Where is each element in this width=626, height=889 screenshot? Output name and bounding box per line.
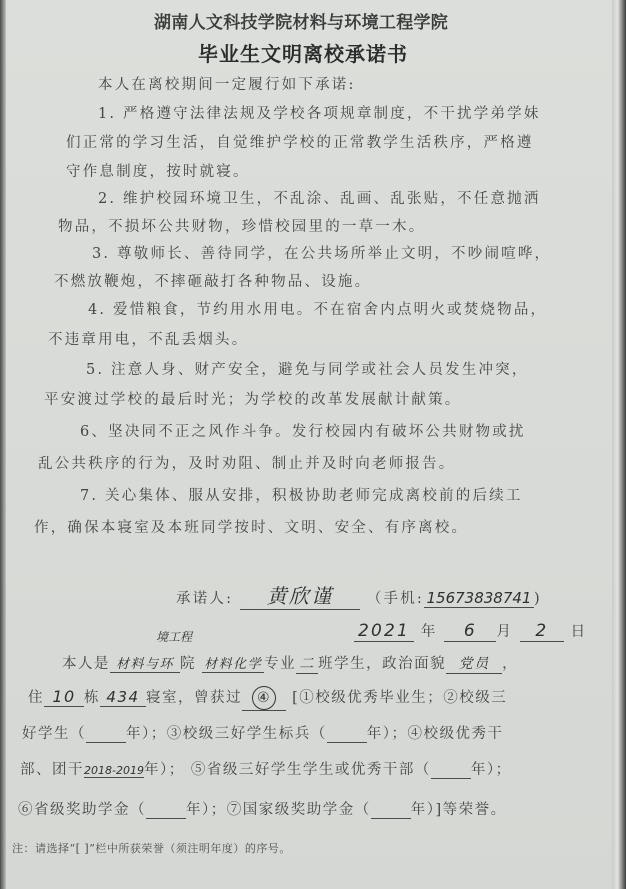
pledge-1-line-2: 们正常的学习生活，自觉维护学校的正常教学生活秩序，严格遵 <box>66 131 534 152</box>
text-dong: 栋 <box>84 690 100 706</box>
honors-line-5: ⑥省级奖助学金（ 年）；⑦国家级奖助学金（ 年）]等荣誉。 <box>18 798 507 819</box>
honor-2-year-field[interactable] <box>86 726 126 743</box>
text-political: 班学生，政治面貌 <box>318 656 446 672</box>
honor-5-year-field[interactable] <box>431 762 471 779</box>
honor-6-text: ⑥省级奖助学金（ <box>18 802 146 818</box>
honor-3-year-field[interactable] <box>327 726 367 743</box>
honor-options-start: [①校级优秀毕业生；②校级三 <box>292 690 507 706</box>
college-field[interactable]: 材料与环 <box>110 653 180 673</box>
pledge-6-line-2: 乱公共秩序的行为，及时劝阻、制止并及时向老师报告。 <box>38 452 456 473</box>
honor-4-text: 年）；④校级优秀干 <box>367 726 504 742</box>
text-yuan: 院 <box>180 656 196 672</box>
honor-5-close: 年）； <box>471 762 512 778</box>
text-ceng-huo-guo: 寝室，曾获过 <box>146 690 242 706</box>
pledge-5-line-2: 平安渡过学校的最后时光；为学校的改革发展献计献策。 <box>44 388 462 409</box>
honors-line-3: 好学生（ 年）；③校级三好学生标兵（ 年）；④校级优秀干 <box>22 722 504 743</box>
honors-line-4: 部、团干2018-2019年）； ⑤省级三好学生学生或优秀干部（ 年）； <box>20 758 512 779</box>
month-label: 月 <box>496 624 513 640</box>
honor-2-text: 好学生（ <box>22 726 86 742</box>
day-field[interactable]: 2 <box>520 621 564 642</box>
pledge-1-line-3: 守作息制度，按时就寝。 <box>66 160 250 181</box>
signer-label: 承诺人: <box>176 591 233 607</box>
honor-4-text-cont: 部、团干 <box>20 762 84 778</box>
pledge-1-line-1: 1. 严格遵守法律法规及学校各项规章制度，不干扰学弟学妹 <box>98 102 541 123</box>
intro-text: 本人在离校期间一定履行如下承诺: <box>98 73 356 94</box>
phone-label: （手机: <box>367 591 424 607</box>
text-zhu: 住 <box>28 690 44 706</box>
honor-7-text: 年）；⑦国家级奖助学金（ <box>186 802 371 818</box>
student-info-line-1: 本人是材料与环院 材料化学专业二班学生，政治面貌党员， <box>62 652 518 674</box>
pledge-6-line-1: 6、坚决同不正之风作斗争。发行校园内有破坏公共财物或扰 <box>80 420 526 441</box>
class-field[interactable]: 二 <box>296 653 318 674</box>
document-title: 毕业生文明离校承诺书 <box>198 38 408 67</box>
text-ben-ren-shi: 本人是 <box>62 656 110 672</box>
pledge-2-line-1: 2. 维护校园环境卫生，不乱涂、乱画、乱张贴，不任意抛洒 <box>98 187 541 208</box>
month-field[interactable]: 6 <box>444 621 496 642</box>
honor-3-text: 年）；③校级三好学生标兵（ <box>126 726 327 742</box>
pledge-3-line-1: 3. 尊敬师长、善待同学，在公共场所举止文明，不吵闹喧哗， <box>92 242 551 263</box>
political-status-field[interactable]: 党员 <box>446 653 502 674</box>
pledge-2-line-2: 物品，不损坏公共财物，珍惜校园里的一草一木。 <box>58 215 425 236</box>
honors-close: 年）]等荣誉。 <box>411 802 507 818</box>
pledge-4-line-2: 不违章用电，不乱丢烟头。 <box>48 328 248 349</box>
phone-label-close: ) <box>534 591 542 607</box>
student-info-line-2: 住10栋434寝室，曾获过④ [①校级优秀毕业生；②校级三 <box>28 686 507 711</box>
text-zhuanye: 专业 <box>264 656 296 672</box>
honor-4-year-field[interactable]: 2018-2019 <box>84 764 144 778</box>
signature-row: 承诺人: 黄欣谨 （手机:15673838741) <box>176 580 542 610</box>
pledge-7-line-2: 作，确保本寝室及本班同学按时、文明、安全、有序离校。 <box>34 516 468 537</box>
college-header: 湖南人文科技学院材料与环境工程学院 <box>154 8 448 33</box>
honor-7-year-field[interactable] <box>371 802 411 819</box>
honor-6-year-field[interactable] <box>146 802 186 819</box>
honor-selection: ④ <box>252 686 276 710</box>
building-field[interactable]: 10 <box>44 687 84 707</box>
honor-4-close: 年）； <box>144 762 185 778</box>
year-field[interactable]: 2021 <box>354 621 414 642</box>
room-field[interactable]: 434 <box>100 688 146 707</box>
footnote: 注：请选择“[ ]”栏中所获荣誉（须注明年度）的序号。 <box>12 840 291 856</box>
college-annotation: 境工程 <box>156 628 192 645</box>
pledge-5-line-1: 5. 注意人身、财产安全，避免与同学或社会人员发生冲突， <box>86 358 529 379</box>
major-field[interactable]: 材料化学 <box>202 653 264 673</box>
pledge-7-line-1: 7. 关心集体、服从安排，积极协助老师完成离校前的后续工 <box>80 484 523 505</box>
pledge-3-line-2: 不燃放鞭炮，不摔砸敲打各种物品、设施。 <box>54 270 371 291</box>
photo-edge-right <box>612 0 626 889</box>
honor-5-text: ⑤省级三好学生学生或优秀干部（ <box>191 762 431 778</box>
phone-field[interactable]: 15673838741 <box>424 589 534 608</box>
text-comma: ， <box>502 656 518 672</box>
signer-name-field[interactable]: 黄欣谨 <box>240 580 360 610</box>
day-label: 日 <box>571 624 588 640</box>
honor-field[interactable]: ④ <box>242 686 286 711</box>
date-row: 2021 年 6月 2 日 <box>354 620 587 642</box>
pledge-4-line-1: 4. 爱惜粮食，节约用水用电。不在宿舍内点明火或焚烧物品， <box>88 298 547 319</box>
year-label: 年 <box>421 624 438 640</box>
paper-sheet: 湖南人文科技学院材料与环境工程学院 毕业生文明离校承诺书 本人在离校期间一定履行… <box>6 0 612 889</box>
